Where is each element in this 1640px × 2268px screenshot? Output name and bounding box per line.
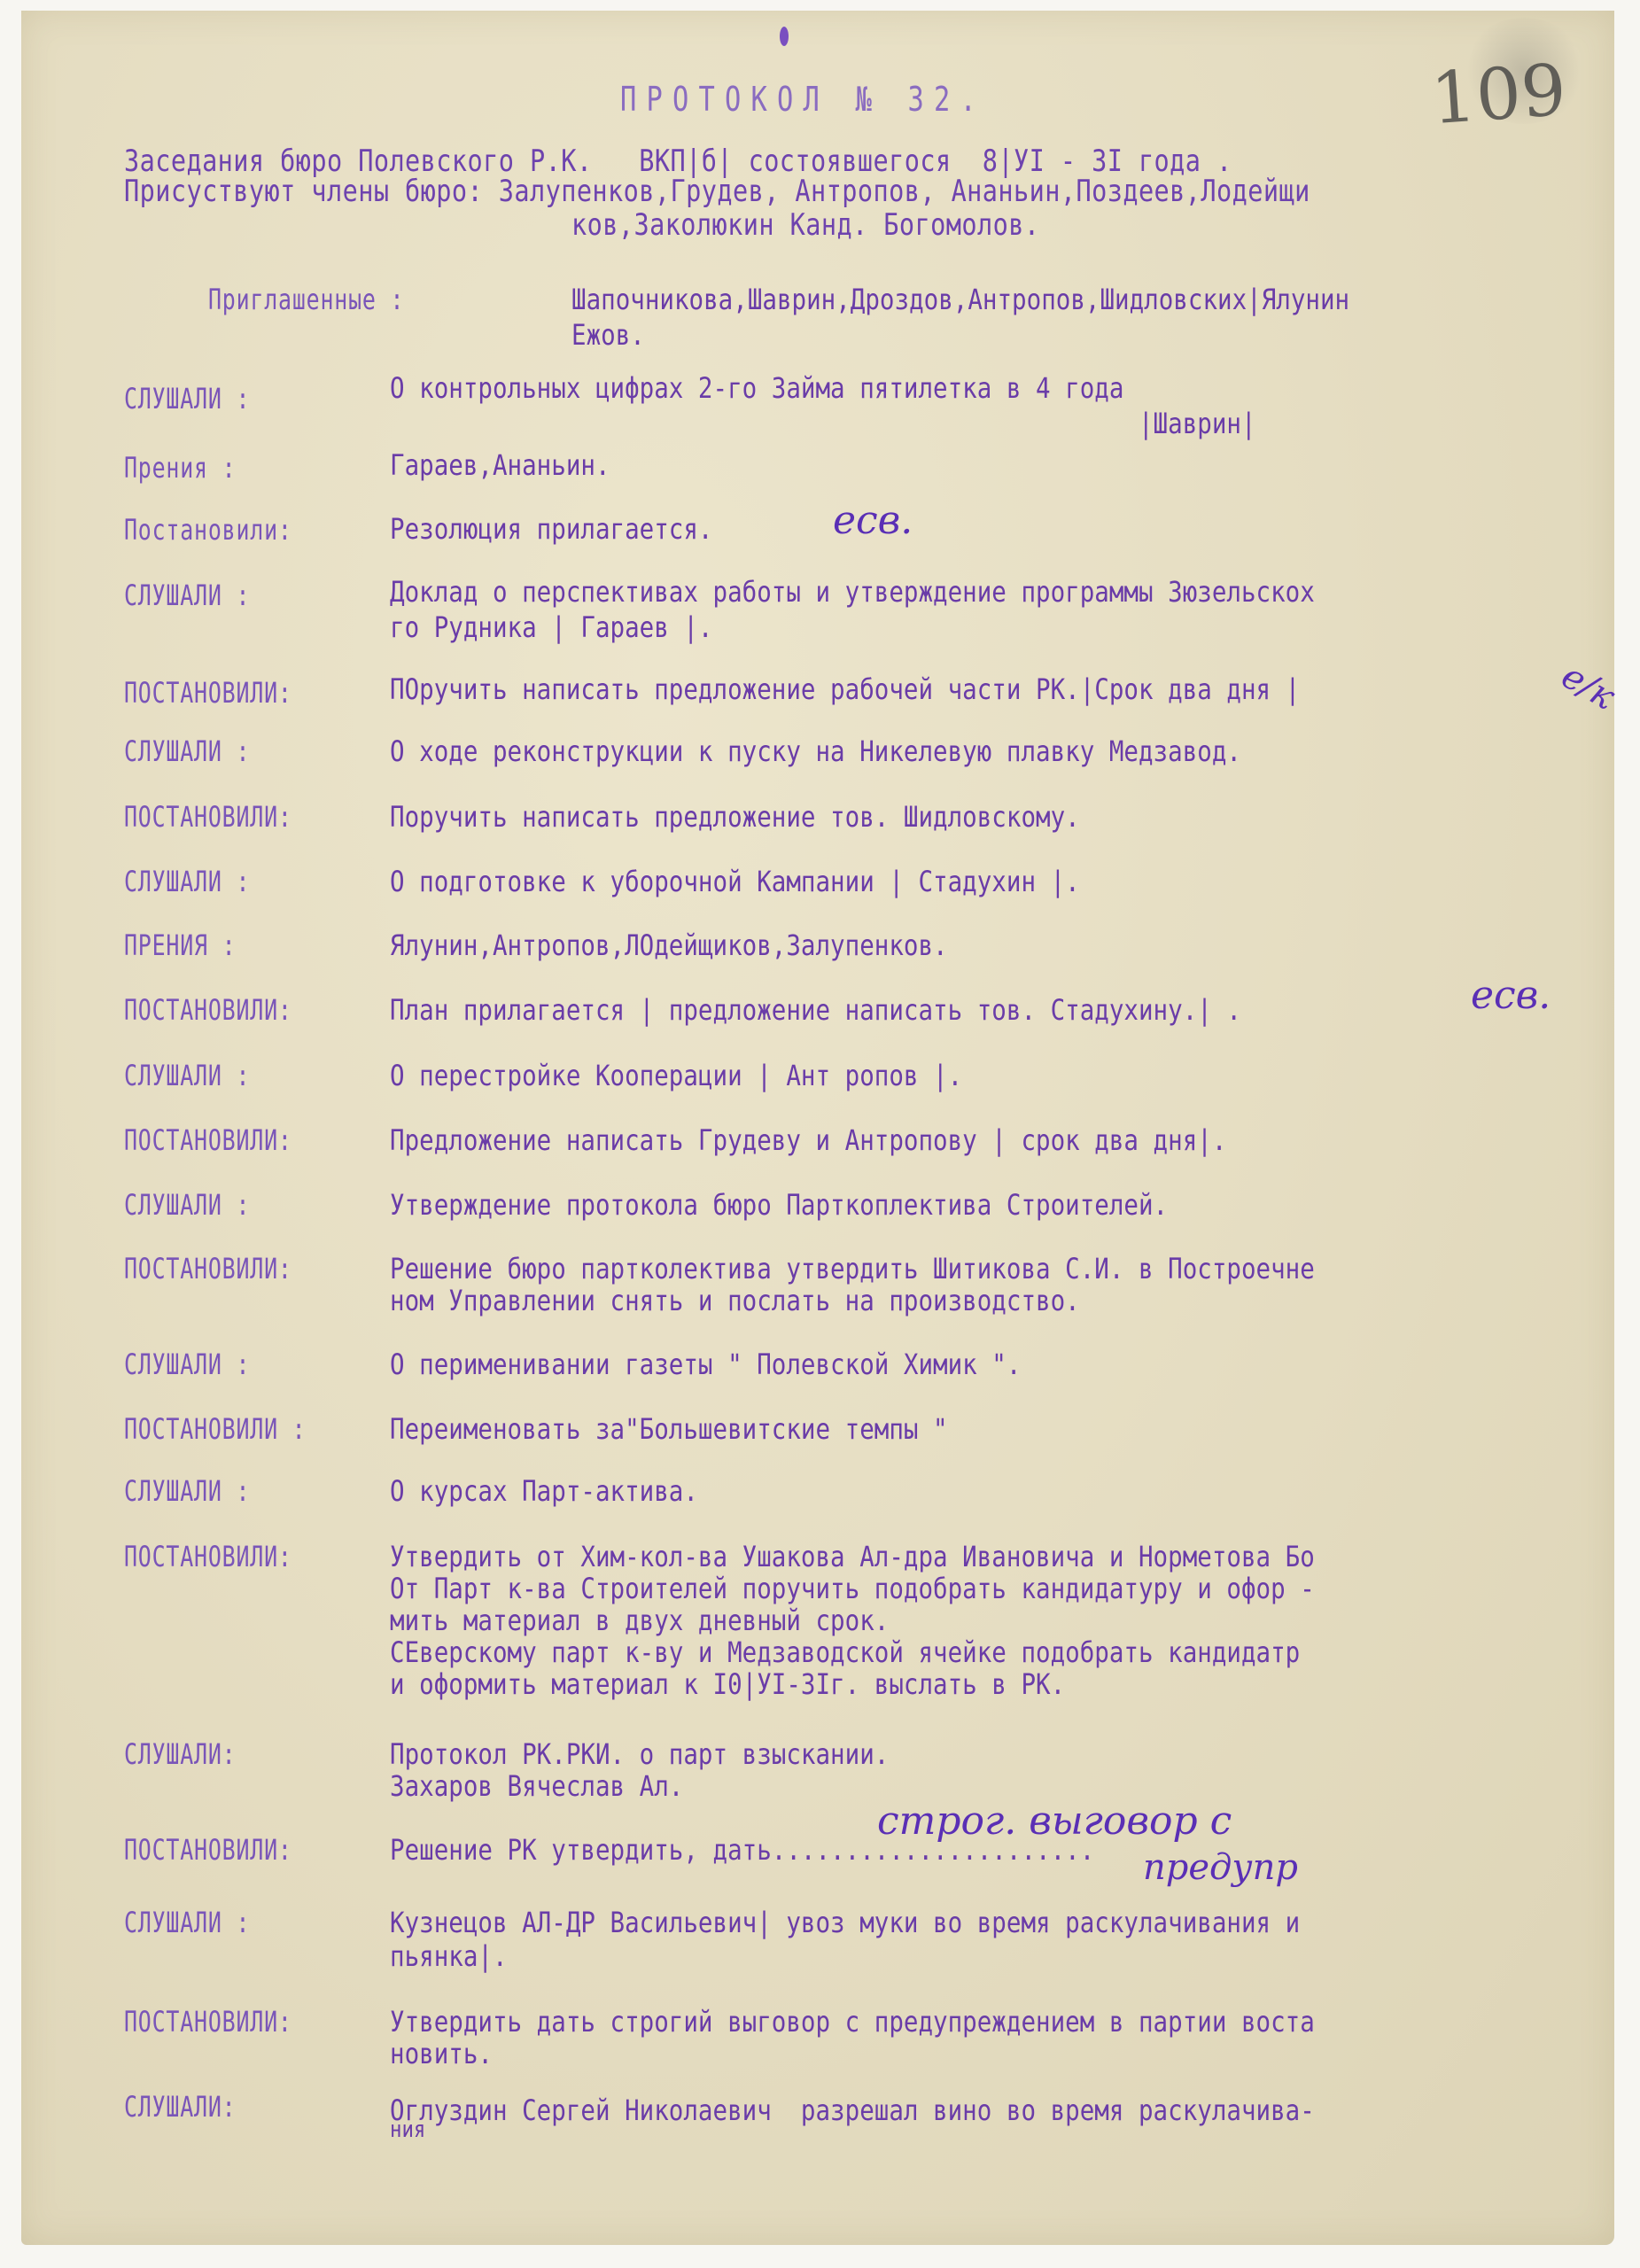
entry-text: О подготовке к уборочной Кампании | Стад… xyxy=(390,864,1080,899)
invited-line-1: Шапочникова,Шаврин,Дроздов,Антропов,Шидл… xyxy=(571,282,1349,317)
entry-text: новить. xyxy=(390,2036,493,2071)
entry-text: Утвердить дать строгий выговор с предупр… xyxy=(390,2004,1315,2039)
entry-label: СЛУШАЛИ : xyxy=(124,1905,250,1940)
entry-label: СЛУШАЛИ : xyxy=(124,1058,250,1093)
entry-text: пьянка|. xyxy=(390,1938,508,1974)
entry-text: Переименовать за"Большевитские темпы " xyxy=(390,1411,948,1447)
entry-label: ПОСТАНОВИЛИ: xyxy=(124,1832,292,1868)
entry-label: ПОСТАНОВИЛИ : xyxy=(124,1411,306,1447)
invited-line-2: Ежов. xyxy=(571,317,645,353)
entry-label: ПОСТАНОВИЛИ: xyxy=(124,799,292,835)
page-number: 109 xyxy=(1428,49,1569,140)
header-line-3: ков,Заколюкин Канд. Богомолов. xyxy=(571,207,1039,243)
entry-label: ПОСТАНОВИЛИ: xyxy=(124,1122,292,1158)
entry-text: Предложение написать Грудеву и Антропову… xyxy=(390,1122,1226,1158)
handwritten-annotation: предупр xyxy=(1143,1847,1298,1888)
entry-label: ПОСТАНОВИЛИ: xyxy=(124,1539,292,1574)
entry-text: СЕверскому парт к-ву и Медзаводской ячей… xyxy=(390,1635,1300,1670)
entry-label: Постановили: xyxy=(124,512,292,548)
entry-label: СЛУШАЛИ : xyxy=(124,734,250,769)
entry-text: Гараев,Ананьин. xyxy=(390,447,610,483)
entry-text: План прилагается | предложение написать … xyxy=(390,992,1241,1028)
entry-label: СЛУШАЛИ : xyxy=(124,381,250,416)
entry-text: и оформить материал к I0|УI-3Iг. выслать… xyxy=(390,1666,1065,1702)
entry-text: мить материал в двух дневный срок. xyxy=(390,1603,889,1638)
entry-label: ПОСТАНОВИЛИ: xyxy=(124,2004,292,2039)
entry-text: О перестройке Кооперации | Ант ропов |. xyxy=(390,1058,962,1093)
entry-text: го Рудника | Гараев |. xyxy=(390,610,713,645)
entry-text: О курсах Парт-актива. xyxy=(390,1473,698,1509)
document-title: ПРОТОКОЛ № 32. xyxy=(620,80,986,119)
entry-label: СЛУШАЛИ : xyxy=(124,1347,250,1382)
entry-text: Захаров Вячеслав Ал. xyxy=(390,1768,683,1804)
entry-label: СЛУШАЛИ : xyxy=(124,864,250,899)
entry-text: ния xyxy=(390,2112,425,2148)
entry-text: |Шаврин| xyxy=(390,406,1256,441)
entry-label: ПОСТАНОВИЛИ: xyxy=(124,675,292,711)
handwritten-initials: есв. xyxy=(833,498,913,543)
entry-text: Утвердить от Хим-кол-ва Ушакова Ал-дра И… xyxy=(390,1539,1315,1574)
entry-label: ПОСТАНОВИЛИ: xyxy=(124,992,292,1028)
invited-label: Приглашенные : xyxy=(208,282,404,317)
entry-text: Ялунин,Антропов,ЛОдейщиков,Залупенков. xyxy=(390,928,948,963)
entry-text: Утверждение протокола бюро Парткоплектив… xyxy=(390,1187,1168,1223)
entry-label: ПРЕНИЯ : xyxy=(124,928,236,963)
entry-label: СЛУШАЛИ : xyxy=(124,1473,250,1509)
entry-text: Кузнецов АЛ-ДР Васильевич| увоз муки во … xyxy=(390,1905,1300,1940)
entry-label: СЛУШАЛИ : xyxy=(124,1187,250,1223)
entry-label: ПОСТАНОВИЛИ: xyxy=(124,1251,292,1286)
entry-text: Резолюция прилагается. xyxy=(390,511,713,547)
entry-label: Прения : xyxy=(124,450,236,485)
entry-text: Решение бюро партколектива утвердить Шит… xyxy=(390,1251,1315,1286)
entry-text: О ходе реконструкции к пуску на Никелеву… xyxy=(390,734,1241,769)
entry-text: О перименивании газеты " Полевской Химик… xyxy=(390,1347,1021,1382)
entry-text: Оглуздин Сергей Николаевич разрешал вино… xyxy=(390,2093,1315,2128)
entry-text: ном Управлении снять и послать на произв… xyxy=(390,1283,1080,1318)
ink-dot xyxy=(780,27,789,46)
entry-text: От Парт к-ва Строителей поручить подобра… xyxy=(390,1571,1315,1606)
entry-text: О контрольных цифрах 2-го Займа пятилетк… xyxy=(390,370,1123,406)
handwritten-initials: есв. xyxy=(1471,973,1551,1018)
entry-label: СЛУШАЛИ: xyxy=(124,1736,236,1772)
entry-text: Протокол РК.РКИ. о парт взыскании. xyxy=(390,1736,889,1772)
entry-label: СЛУШАЛИ: xyxy=(124,2089,236,2124)
entry-text: ПОручить написать предложение рабочей ча… xyxy=(390,672,1300,707)
handwritten-annotation: строг. выговор с xyxy=(877,1798,1232,1844)
entry-text: Доклад о перспективах работы и утвержден… xyxy=(390,574,1315,610)
header-line-2: Присуствуют члены бюро: Залупенков,Груде… xyxy=(124,174,1310,209)
entry-text: Поручить написать предложение тов. Шидло… xyxy=(390,799,1080,835)
entry-label: СЛУШАЛИ : xyxy=(124,578,250,613)
